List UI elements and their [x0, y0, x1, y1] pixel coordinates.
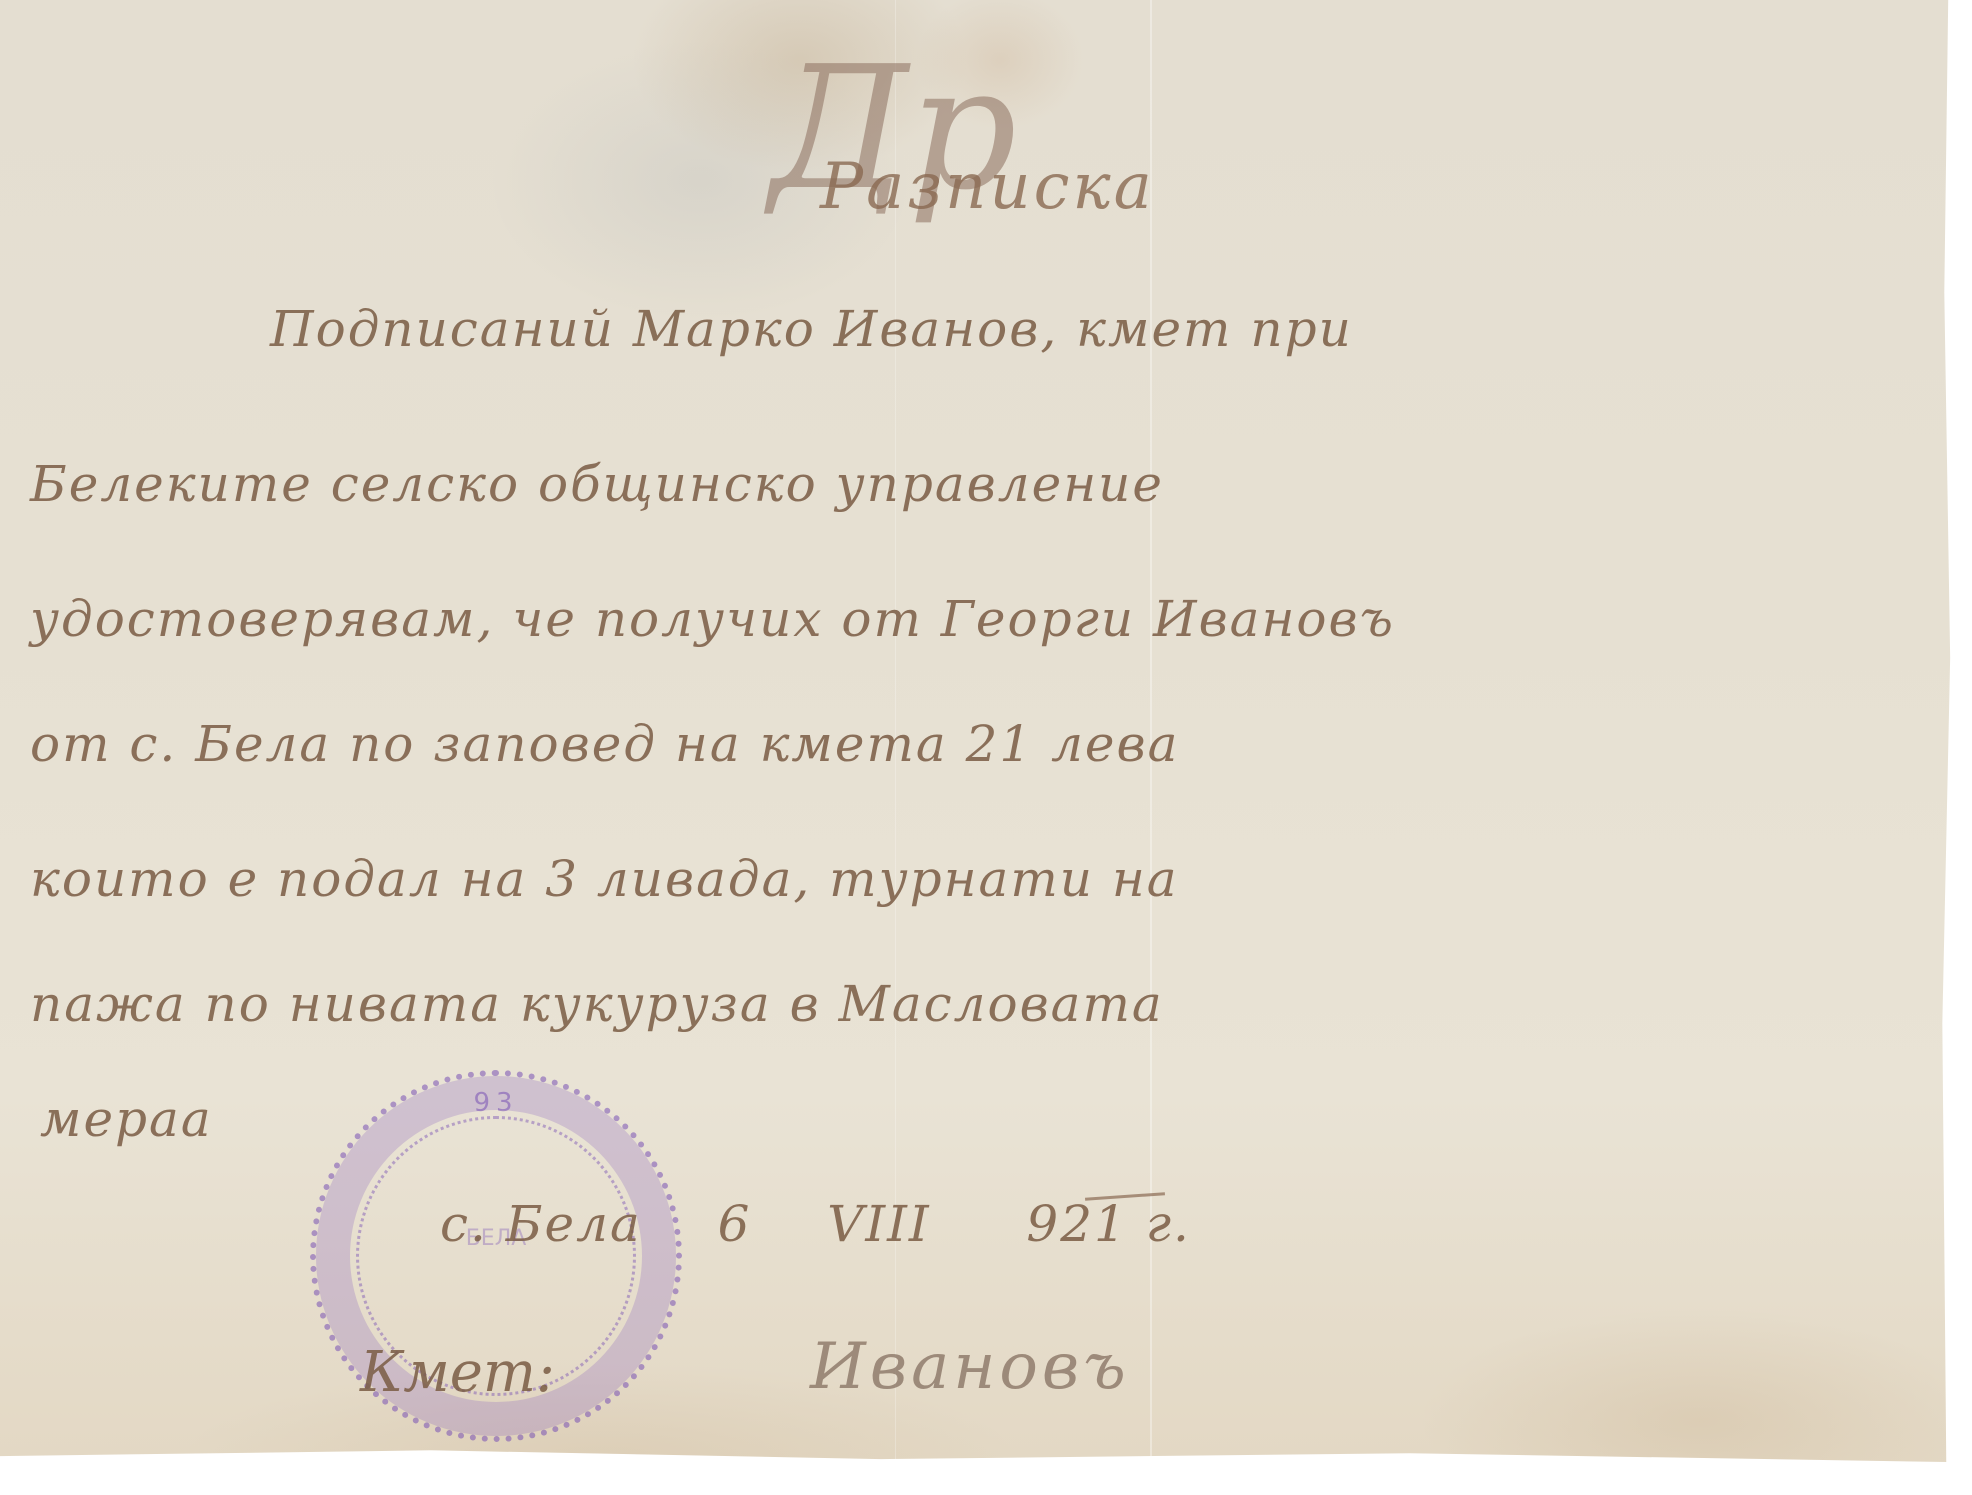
body-line-6: пажа по нивата кукуруза в Масловата [30, 975, 1164, 1033]
date-month: VIII [827, 1195, 930, 1253]
document-title: Разписка [820, 150, 1155, 224]
body-line-7: мераа [40, 1090, 213, 1148]
place-date: с. Бела 6 VIII 921 г. [440, 1195, 1191, 1253]
body-line-5: които е подал на 3 ливада, турнати на [30, 850, 1179, 908]
body-line-2: Белеките селско общинско управление [30, 455, 1164, 513]
body-line-3: удостоверявам, че получих от Георги Иван… [30, 590, 1395, 648]
body-line-1: Подписаний Марко Иванов, кмет при [270, 300, 1353, 358]
body-line-4: от с. Бела по заповед на кмета 21 лева [30, 715, 1179, 773]
stamp-top-text: 93 [316, 1088, 676, 1118]
signature-label: Кмет: [360, 1340, 555, 1405]
date-day: 6 [718, 1195, 752, 1253]
signature: Ивановъ [810, 1330, 1130, 1404]
date-place: с. Бела [440, 1195, 642, 1253]
date-year: 921 г. [1026, 1195, 1191, 1253]
